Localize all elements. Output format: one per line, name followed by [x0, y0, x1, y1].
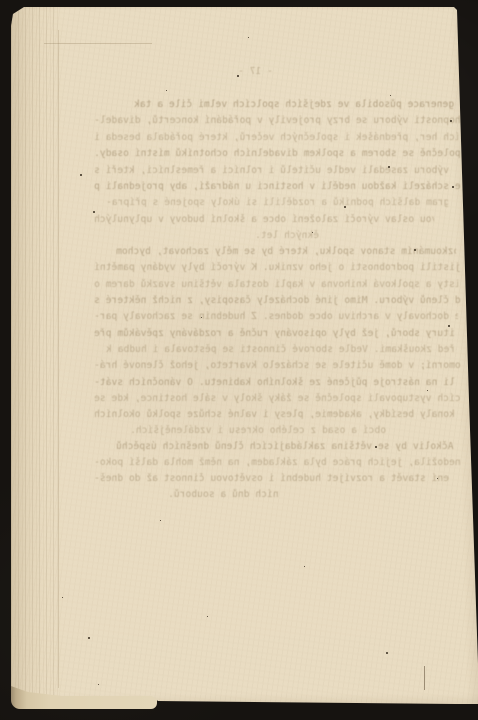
dust-speck — [304, 566, 305, 567]
bleed-text-line: Pozdější generace působila ve zdejších s… — [134, 99, 458, 112]
dust-speck — [207, 616, 208, 617]
gutter-page-edges — [11, 7, 59, 707]
dust-speck — [62, 597, 63, 598]
dust-speck — [427, 390, 428, 391]
dust-speck — [386, 652, 388, 654]
dust-speck — [437, 478, 438, 479]
bleed-text-line: nedožila, jejich práce byla základem, na… — [94, 457, 460, 470]
bleed-text-line: konaly besídky, akademie, plesy i valné … — [94, 409, 454, 422]
bleed-text-line: titury sborů, jež byly opisovány ručně a… — [94, 328, 454, 341]
dust-speck — [344, 206, 346, 208]
dust-speck — [237, 75, 239, 77]
dust-speck — [248, 37, 249, 38]
top-page-edge-line — [44, 43, 152, 44]
bleed-text-line: se scházeli každou neděli v hostinci u n… — [94, 181, 460, 194]
bleed-text-line: se dochovaly v archivu obce dodnes. Z hu… — [94, 311, 458, 324]
bleed-text-line: schopnosti výboru se brzy projevily v po… — [94, 115, 460, 128]
bleed-text-line: zjistili podrobnosti o jeho vzniku. K vý… — [94, 262, 460, 275]
book-page: - 17 -Pozdější generace působila ve zdej… — [0, 0, 478, 720]
hair-scratch-mark — [424, 666, 425, 690]
bleed-text-line: před zkouškami. Vedle sborové činnosti s… — [106, 344, 456, 357]
scanned-page-photo: - 17 -Pozdější generace působila ve zdej… — [0, 0, 478, 720]
page-crease-line — [58, 30, 59, 688]
bleed-text-line: ních dnů a souborů. — [168, 489, 318, 502]
bleed-text-line: ních her, přednášek i společných večerů,… — [94, 132, 458, 145]
dust-speck — [312, 232, 313, 233]
dust-speck — [388, 166, 390, 168]
bleed-text-line: - pěkných let. — [255, 230, 319, 243]
bleed-text-line: komorní; v domě učitele se scházelo kvar… — [94, 360, 460, 373]
dust-speck — [98, 684, 99, 685]
dust-speck — [414, 249, 416, 251]
dust-speck — [390, 95, 391, 96]
dust-speck — [88, 637, 90, 639]
bleed-text-line: Ve výboru zasedali vedle učitelů i rolní… — [94, 165, 454, 178]
bleed-text-line: cích vystupovali společně se žáky školy … — [94, 393, 460, 406]
bleed-text-line: - 17 - — [238, 66, 282, 79]
bleed-text-line: listy a spolková knihovna v kapli dostal… — [94, 279, 458, 292]
dust-speck — [450, 120, 452, 122]
dust-speck — [166, 90, 167, 91]
bleed-text-line: program dalších podniků a rozdělili si ú… — [106, 197, 448, 210]
dust-speck — [448, 325, 450, 327]
bleed-text-line: vou oslav výročí založení obce a školní … — [94, 214, 434, 227]
dust-speck — [375, 446, 377, 448]
bleed-text-line: li na nástroje půjčené ze školního kabin… — [94, 377, 456, 390]
dust-speck — [93, 211, 95, 213]
bleed-text-line: Prozkoumáním stanov spolku, které by se … — [116, 246, 456, 259]
bleed-text-line: od členů výboru. Mimo jiné docházely čas… — [94, 295, 460, 308]
bleed-text-line: lení stavět a rozvíjet hudební i osvětov… — [94, 473, 450, 486]
dust-speck — [80, 174, 82, 176]
bleed-text-line: Ačkoliv by se většina zakládajících člen… — [116, 441, 456, 454]
dust-speck — [452, 186, 454, 188]
bleed-text-line: obcí a osad z celého okresu i vzdálenějš… — [130, 425, 430, 438]
bleed-text-line: společně se sborem a spolkem divadelních… — [94, 148, 460, 161]
dust-speck — [201, 317, 202, 318]
dust-speck — [160, 520, 161, 521]
